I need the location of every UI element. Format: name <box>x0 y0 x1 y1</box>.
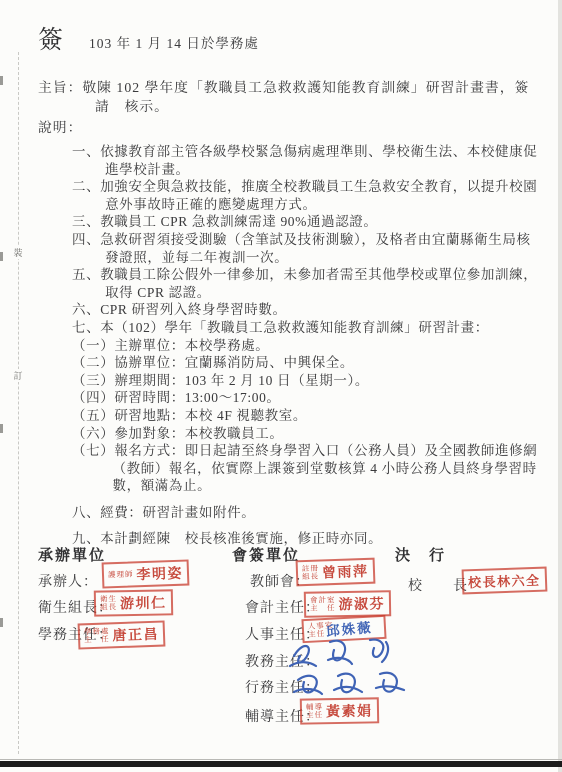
stamp-student-affairs-director: 學務處 主 任 唐正昌 <box>78 620 166 649</box>
subitem-text: 研習地點：本校 4F 視聽教室。 <box>114 408 307 423</box>
stamp-name: 黃素娟 <box>326 700 373 721</box>
stamp-name: 李明姿 <box>136 563 183 585</box>
subitem-text: 報名方式：即日起請至終身學習入口（公務人員）及全國教師進修網（教師）報名，依實際… <box>113 443 538 493</box>
sub-list-item: （六）參加對象：本校教職員工。 <box>72 425 538 443</box>
scan-edge-artifact <box>0 76 3 85</box>
scan-edge-artifact <box>0 424 3 433</box>
explanation-items: 一、依據教育部主管各級學校緊急傷病處理準則、學校衛生法、本校健康促進學校計畫。 … <box>72 143 538 548</box>
column-header-countersign-unit: 會簽單位 <box>232 544 300 565</box>
scanned-memo-page: 裝 訂 簽 103 年 1 月 14 日於學務處 主旨：敬陳 102 學年度「教… <box>0 0 562 772</box>
subject-text: 敬陳 102 學年度「教職員工急救救護知能教育訓練」研習計畫書，簽請 核示。 <box>82 80 529 114</box>
item-text: CPR 研習列入終身學習時數。 <box>100 302 286 317</box>
signer-label-principal: 校 長 <box>408 575 468 595</box>
subject-label: 主旨： <box>38 80 82 95</box>
list-item: 七、本（102）學年「教職員工急救救護知能教育訓練」研習計畫： <box>72 319 538 337</box>
memo-content: 簽 103 年 1 月 14 日於學務處 主旨：敬陳 102 學年度「教職員工急… <box>38 28 538 548</box>
explanation-label: 說明： <box>38 118 538 137</box>
subitem-text: 主辦單位：本校學務處。 <box>114 338 269 353</box>
subitem-text: 參加對象：本校教職員工。 <box>114 426 283 441</box>
binding-mark-bottom: 訂 <box>11 369 25 382</box>
list-item: 五、教職員工除公假外一律參加，未參加者需至其他學校或單位參加訓練，取得 CPR … <box>72 266 538 301</box>
sub-list-item: （四）研習時間：13:00～17:00。 <box>72 389 538 407</box>
handwritten-signature <box>286 636 416 702</box>
stamp-title: 護理師 <box>108 570 134 579</box>
item-number: 八、 <box>72 505 100 520</box>
scan-right-shadow <box>558 0 562 772</box>
stamp-title: 衛生 組長 <box>100 595 117 612</box>
sub-list-item: （七）報名方式：即日起請至終身學習入口（公務人員）及全國教師進修網（教師）報名，… <box>72 442 538 495</box>
stamp-teachers-association: 註冊 組長 曾雨萍 <box>296 558 375 587</box>
sub-list-item: （一）主辦單位：本校學務處。 <box>72 337 538 355</box>
subitem-number: （六） <box>72 426 114 441</box>
stamp-accounting-director: 會計室 主 任 游淑芬 <box>304 590 391 618</box>
stamp-name: 游淑芬 <box>338 593 385 614</box>
stamp-health-section-chief: 衛生 組長 游圳仁 <box>94 589 173 616</box>
scan-edge-artifact <box>0 618 3 627</box>
stamp-principal: 校長林六全 <box>462 567 547 595</box>
memo-header: 簽 103 年 1 月 14 日於學務處 <box>38 28 538 54</box>
item-text: 教職員工除公假外一律參加，未參加者需至其他學校或單位參加訓練，取得 CPR 認證… <box>100 267 537 300</box>
stamp-name: 游圳仁 <box>120 592 167 613</box>
sub-list-item: （二）協辦單位：宜蘭縣消防局、中興保全。 <box>72 354 538 372</box>
subitem-number: （七） <box>72 443 114 458</box>
item-number: 三、 <box>72 214 100 229</box>
subitem-number: （五） <box>72 408 114 423</box>
binding-mark-top: 裝 <box>11 246 25 259</box>
list-item: 二、加強安全與急救技能，推廣全校教職員工生急救安全教育，以提升校園意外事故時正確… <box>72 178 538 213</box>
scan-bottom-edge <box>0 761 562 767</box>
item-number: 六、 <box>72 302 100 317</box>
sub-list-item: （五）研習地點：本校 4F 視聽教室。 <box>72 407 538 425</box>
stamp-title: 註冊 組長 <box>302 564 320 582</box>
item-text: 經費：研習計畫如附件。 <box>100 505 255 520</box>
item-number: 五、 <box>72 267 100 282</box>
stamp-name: 曾雨萍 <box>322 561 369 583</box>
subitem-number: （一） <box>72 338 114 353</box>
subitem-number: （四） <box>72 390 114 405</box>
stamp-title: 輔導 主任 <box>306 703 323 720</box>
stamp-title: 學務處 主 任 <box>84 627 110 645</box>
item-text: 本（102）學年「教職員工急救救護知能教育訓練」研習計畫： <box>100 320 489 335</box>
list-item: 三、教職員工 CPR 急救訓練需達 90%通過認證。 <box>72 213 538 231</box>
list-item: 一、依據教育部主管各級學校緊急傷病處理準則、學校衛生法、本校健康促進學校計畫。 <box>72 143 538 178</box>
item-number: 二、 <box>72 179 100 194</box>
item-text: 依據教育部主管各級學校緊急傷病處理準則、學校衛生法、本校健康促進學校計畫。 <box>100 144 537 177</box>
stamp-name: 唐正昌 <box>112 624 159 646</box>
subitem-text: 辦理期間：103 年 2 月 10 日（星期一）。 <box>114 373 369 388</box>
stamp-undertaker: 護理師 李明姿 <box>102 559 190 588</box>
scan-edge-artifact <box>0 252 3 261</box>
column-header-decision: 決 行 <box>395 544 446 565</box>
list-item: 四、急救研習須接受測驗（含筆試及技術測驗），及格者由宜蘭縣衛生局核發證照，並每二… <box>72 231 538 266</box>
doc-type-label: 簽 <box>38 28 63 54</box>
item-number: 七、 <box>72 320 100 335</box>
subitem-number: （二） <box>72 355 114 370</box>
subitem-text: 協辦單位：宜蘭縣消防局、中興保全。 <box>114 355 354 370</box>
stamp-title: 會計室 主 任 <box>310 596 336 613</box>
doc-date: 103 年 1 月 14 日於學務處 <box>89 34 259 54</box>
list-item: 六、CPR 研習列入終身學習時數。 <box>72 301 538 319</box>
item-number: 一、 <box>72 144 100 159</box>
scan-bottom-hairline <box>0 759 562 760</box>
column-header-undertaking-unit: 承辦單位 <box>38 544 106 565</box>
signer-label-undertaker: 承辦人： <box>38 571 98 591</box>
subitem-text: 研習時間：13:00～17:00。 <box>114 390 280 405</box>
subject-line: 主旨：敬陳 102 學年度「教職員工急救救護知能教育訓練」研習計畫書，簽請 核示… <box>38 78 538 116</box>
item-text: 教職員工 CPR 急救訓練需達 90%通過認證。 <box>100 214 377 229</box>
sub-list: （一）主辦單位：本校學務處。 （二）協辦單位：宜蘭縣消防局、中興保全。 （三）辦… <box>72 337 538 495</box>
approval-section: 承辦單位 會簽單位 決 行 承辦人： 衛生組長： 學務主任： 護理師 李明姿 衛… <box>38 544 554 756</box>
item-number: 四、 <box>72 232 100 247</box>
item-text: 急救研習須接受測驗（含筆試及技術測驗），及格者由宜蘭縣衛生局核發證照，並每二年複… <box>100 232 530 265</box>
item-text: 加強安全與急救技能，推廣全校教職員工生急救安全教育，以提升校園意外事故時正確的應… <box>100 179 537 212</box>
binding-dotted-line <box>18 52 19 754</box>
sub-list-item: （三）辦理期間：103 年 2 月 10 日（星期一）。 <box>72 372 538 390</box>
list-item: 八、經費：研習計畫如附件。 <box>72 504 538 522</box>
stamp-name: 校長林六全 <box>468 570 541 592</box>
subitem-number: （三） <box>72 373 114 388</box>
